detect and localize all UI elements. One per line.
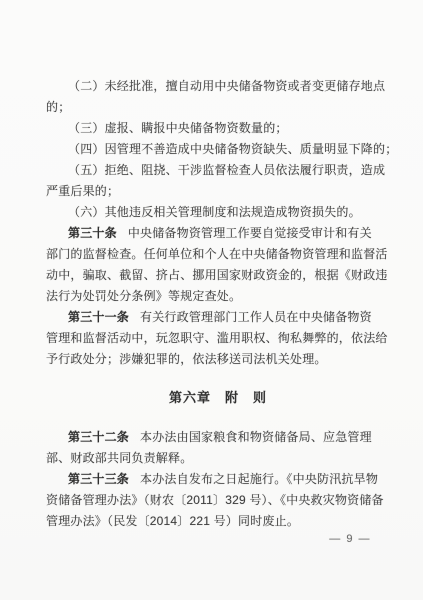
line-text: （五）拒绝、阻挠、干涉监督检查人员依法履行职责，造成 (68, 163, 385, 177)
line-text: 动中，骗取、截留、挤占、挪用国家财政资金的，根据《财政违 (46, 268, 388, 282)
document-line: 部门的监督检查。任何单位和个人在中央储备物资管理和监督活 (46, 244, 390, 265)
document-line: 法行为处罚处分条例》等规定查处。 (46, 286, 390, 307)
line-text: 严重后果的； (46, 184, 119, 198)
page-number: — 9 — (329, 532, 371, 547)
line-text: 的； (46, 100, 70, 114)
article-number: 第三十二条 (68, 430, 129, 444)
line-text: 本办法自发布之日起施行。《中央防汛抗旱物 (140, 472, 378, 486)
line-text: （四）因管理不善造成中央储备物资缺失、质量明显下降的； (68, 142, 397, 156)
document-line: 第三十二条本办法由国家粮食和物资储备局、应急管理 (46, 427, 390, 448)
article-number: 第三十条 (68, 226, 117, 240)
chapter-heading: 第六章 附 则 (46, 387, 390, 408)
line-text: 有关行政管理部门工作人员在中央储备物资 (140, 310, 372, 324)
document-line: 动中，骗取、截留、挤占、挪用国家财政资金的，根据《财政违 (46, 265, 390, 286)
document-line: 管理办法》（民发〔2014〕221 号）同时废止。 (46, 511, 390, 532)
document-line: 第三十三条本办法自发布之日起施行。《中央防汛抗旱物 (46, 469, 390, 490)
line-text: 部门的监督检查。任何单位和个人在中央储备物资管理和监督活 (46, 247, 388, 261)
document-line: 部、财政部共同负责解释。 (46, 448, 390, 469)
document-line: 予行政处分；涉嫌犯罪的，依法移送司法机关处理。 (46, 349, 390, 370)
document-line: （四）因管理不善造成中央储备物资缺失、质量明显下降的； (46, 139, 390, 160)
line-text: （六）其他违反相关管理制度和法规造成物资损失的。 (68, 205, 361, 219)
line-text: 中央储备物资管理工作要自觉接受审计和有关 (128, 226, 372, 240)
article-number: 第三十一条 (68, 310, 129, 324)
line-text: 本办法由国家粮食和物资储备局、应急管理 (140, 430, 372, 444)
document-line: 资储备管理办法》（财农〔2011〕329 号）、《中央救灾物资储备 (46, 490, 390, 511)
document-line: （二）未经批准，擅自动用中央储备物资或者变更储存地点 (46, 76, 390, 97)
line-text: 管理办法》（民发〔2014〕221 号）同时废止。 (46, 514, 299, 528)
document-line: 第三十一条有关行政管理部门工作人员在中央储备物资 (46, 307, 390, 328)
document-line: 严重后果的； (46, 181, 390, 202)
line-text: （二）未经批准，擅自动用中央储备物资或者变更储存地点 (68, 79, 385, 93)
line-text: 第六章 附 则 (169, 390, 267, 405)
line-text: 部、财政部共同负责解释。 (46, 451, 192, 465)
document-line: （五）拒绝、阻挠、干涉监督检查人员依法履行职责，造成 (46, 160, 390, 181)
document-body: （二）未经批准，擅自动用中央储备物资或者变更储存地点的；（三）虚报、瞒报中央储备… (46, 76, 390, 532)
document-line: 第三十条中央储备物资管理工作要自觉接受审计和有关 (46, 223, 390, 244)
line-text: （三）虚报、瞒报中央储备物资数量的； (68, 121, 288, 135)
document-line: 管理和监督活动中，玩忽职守、滥用职权、徇私舞弊的，依法给 (46, 328, 390, 349)
document-line: （三）虚报、瞒报中央储备物资数量的； (46, 118, 390, 139)
line-text: 管理和监督活动中，玩忽职守、滥用职权、徇私舞弊的，依法给 (46, 331, 388, 345)
document-line: 的； (46, 97, 390, 118)
scanned-document-page: （二）未经批准，擅自动用中央储备物资或者变更储存地点的；（三）虚报、瞒报中央储备… (0, 0, 423, 600)
article-number: 第三十三条 (68, 472, 129, 486)
line-text: 资储备管理办法》（财农〔2011〕329 号）、《中央救灾物资储备 (46, 493, 384, 507)
line-text: 法行为处罚处分条例》等规定查处。 (46, 289, 241, 303)
line-text: 予行政处分；涉嫌犯罪的，依法移送司法机关处理。 (46, 352, 327, 366)
document-line: （六）其他违反相关管理制度和法规造成物资损失的。 (46, 202, 390, 223)
